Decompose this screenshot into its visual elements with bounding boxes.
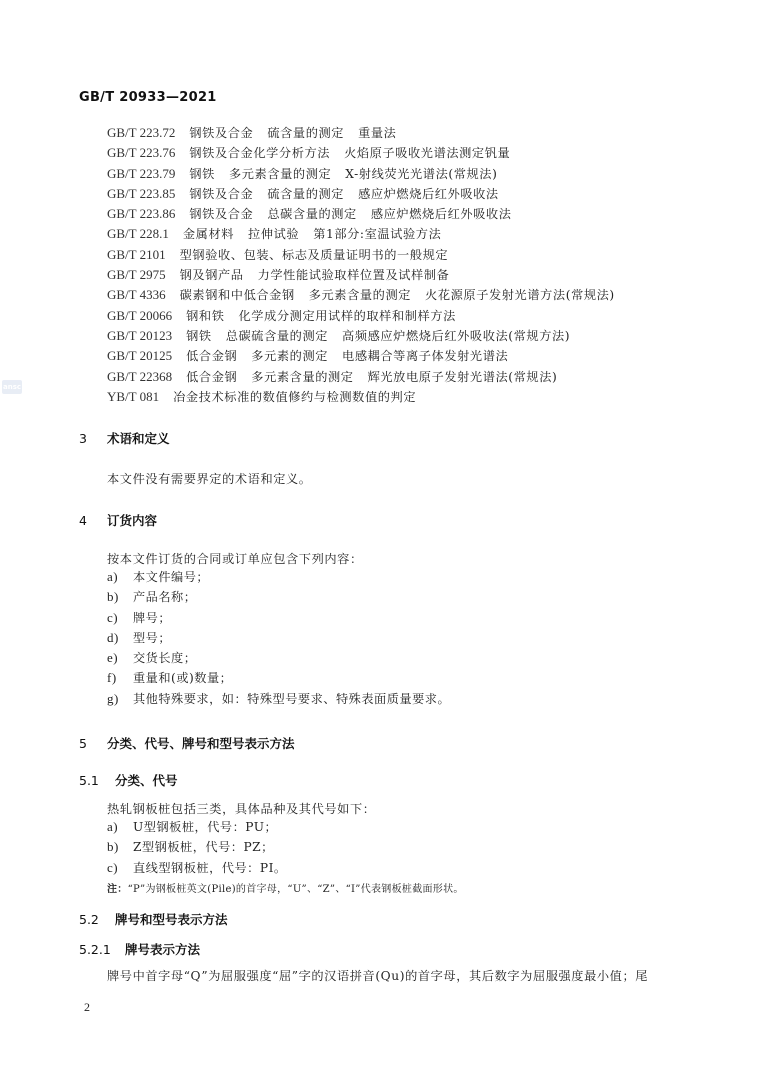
reference-title: 钢铁及合金硫含量的测定感应炉燃烧后红外吸收法 (189, 187, 498, 201)
reference-code: GB/T 223.76 (107, 145, 175, 160)
reference-title: 钢及钢产品力学性能试验取样位置及试样制备 (180, 268, 450, 282)
normative-references-list: GB/T 223.72钢铁及合金硫含量的测定重量法 GB/T 223.76钢铁及… (107, 123, 615, 407)
section-number: 3 (79, 431, 107, 446)
reference-title: 钢铁及合金总碳含量的测定感应炉燃烧后红外吸收法 (189, 207, 511, 221)
section-title: 牌号表示方法 (125, 942, 200, 957)
reference-item: GB/T 20125低合金钢多元素的测定电感耦合等离子体发射光谱法 (107, 346, 615, 366)
section-title: 分类、代号 (115, 773, 178, 788)
reference-item: GB/T 223.76钢铁及合金化学分析方法火焰原子吸收光谱法测定钒量 (107, 143, 615, 163)
section-number: 5 (79, 736, 107, 751)
section-title: 术语和定义 (107, 431, 170, 446)
reference-title: 低合金钢多元素含量的测定辉光放电原子发射光谱法(常规法) (186, 370, 557, 384)
section-5-1-intro: 热轧钢板桩包括三类，具体品种及其代号如下： (107, 800, 376, 817)
reference-title: 冶金技术标准的数值修约与检测数值的判定 (173, 390, 416, 404)
reference-title: 金属材料拉伸试验第1部分:室温试验方法 (183, 227, 441, 241)
list-item: a)本文件编号； (107, 567, 450, 587)
reference-item: GB/T 2101型钢验收、包装、标志及质量证明书的一般规定 (107, 245, 615, 265)
section-5-2-1-heading: 5.2.1牌号表示方法 (79, 940, 200, 958)
reference-title: 低合金钢多元素的测定电感耦合等离子体发射光谱法 (186, 349, 508, 363)
note-text: “P”为钢板桩英文(Pile)的首字母，“U”、“Z”、“I”代表钢板桩截面形状… (128, 884, 464, 895)
reference-title: 碳素钢和中低合金钢多元素含量的测定火花源原子发射光谱方法(常规法) (180, 288, 615, 302)
standard-number-header: GB/T 20933—2021 (79, 90, 217, 105)
list-item: d)型号； (107, 628, 450, 648)
reference-code: GB/T 4336 (107, 287, 166, 302)
list-item: f)重量和(或)数量； (107, 668, 450, 688)
list-item: c)牌号； (107, 608, 450, 628)
section-4-heading: 4订货内容 (79, 511, 157, 529)
document-page: ansc GB/T 20933—2021 GB/T 223.72钢铁及合金硫含量… (0, 0, 760, 1076)
note: 注：“P”为钢板桩英文(Pile)的首字母，“U”、“Z”、“I”代表钢板桩截面… (107, 880, 464, 895)
reference-item: GB/T 223.85钢铁及合金硫含量的测定感应炉燃烧后红外吸收法 (107, 184, 615, 204)
section-title: 牌号和型号表示方法 (115, 912, 228, 927)
section-number: 5.1 (79, 773, 115, 788)
reference-title: 钢铁总碳硫含量的测定高频感应炉燃烧后红外吸收法(常规方法) (186, 329, 570, 343)
reference-code: GB/T 2101 (107, 247, 166, 262)
reference-item: GB/T 223.72钢铁及合金硫含量的测定重量法 (107, 123, 615, 143)
section-title: 分类、代号、牌号和型号表示方法 (107, 736, 295, 751)
reference-title: 钢铁及合金化学分析方法火焰原子吸收光谱法测定钒量 (189, 146, 510, 160)
reference-code: GB/T 223.85 (107, 186, 175, 201)
section-5-1-heading: 5.1分类、代号 (79, 771, 178, 789)
reference-item: GB/T 223.86钢铁及合金总碳含量的测定感应炉燃烧后红外吸收法 (107, 204, 615, 224)
reference-title: 钢铁多元素含量的测定X-射线荧光光谱法(常规法) (189, 167, 497, 181)
reference-code: YB/T 081 (107, 389, 159, 404)
reference-code: GB/T 2975 (107, 267, 166, 282)
section-number: 5.2 (79, 912, 115, 927)
list-item: c)直线型钢板桩，代号：PI。 (107, 858, 287, 878)
section-5-2-1-body: 牌号中首字母“Q”为屈服强度“屈”字的汉语拼音(Qu)的首字母，其后数字为屈服强… (107, 967, 648, 984)
reference-code: GB/T 223.72 (107, 125, 175, 140)
reference-code: GB/T 228.1 (107, 226, 169, 241)
reference-title: 钢铁及合金硫含量的测定重量法 (189, 126, 396, 140)
reference-item: GB/T 20066钢和铁化学成分测定用试样的取样和制样方法 (107, 306, 615, 326)
reference-item: YB/T 081冶金技术标准的数值修约与检测数值的判定 (107, 387, 615, 407)
watermark-logo: ansc (2, 380, 22, 394)
list-item: a)U型钢板桩，代号：PU； (107, 817, 287, 837)
reference-item: GB/T 20123钢铁总碳硫含量的测定高频感应炉燃烧后红外吸收法(常规方法) (107, 326, 615, 346)
list-item: e)交货长度； (107, 648, 450, 668)
section-5-heading: 5分类、代号、牌号和型号表示方法 (79, 734, 295, 752)
section-5-2-heading: 5.2牌号和型号表示方法 (79, 910, 228, 928)
reference-item: GB/T 228.1金属材料拉伸试验第1部分:室温试验方法 (107, 224, 615, 244)
page-number: 2 (84, 1000, 90, 1015)
note-label: 注： (107, 884, 128, 895)
reference-code: GB/T 20123 (107, 328, 172, 343)
reference-item: GB/T 22368低合金钢多元素含量的测定辉光放电原子发射光谱法(常规法) (107, 367, 615, 387)
reference-title: 型钢验收、包装、标志及质量证明书的一般规定 (180, 248, 449, 262)
section-title: 订货内容 (107, 513, 157, 528)
reference-code: GB/T 223.86 (107, 206, 175, 221)
reference-title: 钢和铁化学成分测定用试样的取样和制样方法 (186, 309, 456, 323)
reference-code: GB/T 223.79 (107, 166, 175, 181)
section-3-body: 本文件没有需要界定的术语和定义。 (107, 470, 312, 487)
section-3-heading: 3术语和定义 (79, 429, 170, 447)
list-item: b)产品名称； (107, 587, 450, 607)
reference-item: GB/T 4336碳素钢和中低合金钢多元素含量的测定火花源原子发射光谱方法(常规… (107, 285, 615, 305)
section-number: 4 (79, 513, 107, 528)
section-number: 5.2.1 (79, 942, 125, 957)
reference-code: GB/T 20125 (107, 348, 172, 363)
classification-list: a)U型钢板桩，代号：PU； b)Z型钢板桩，代号：PZ； c)直线型钢板桩，代… (107, 817, 287, 878)
reference-item: GB/T 2975钢及钢产品力学性能试验取样位置及试样制备 (107, 265, 615, 285)
reference-item: GB/T 223.79钢铁多元素含量的测定X-射线荧光光谱法(常规法) (107, 164, 615, 184)
list-item: b)Z型钢板桩，代号：PZ； (107, 837, 287, 857)
reference-code: GB/T 20066 (107, 308, 172, 323)
section-4-intro: 按本文件订货的合同或订单应包含下列内容： (107, 550, 363, 567)
reference-code: GB/T 22368 (107, 369, 172, 384)
list-item: g)其他特殊要求，如：特殊型号要求、特殊表面质量要求。 (107, 689, 450, 709)
order-content-list: a)本文件编号； b)产品名称； c)牌号； d)型号； e)交货长度； f)重… (107, 567, 450, 709)
